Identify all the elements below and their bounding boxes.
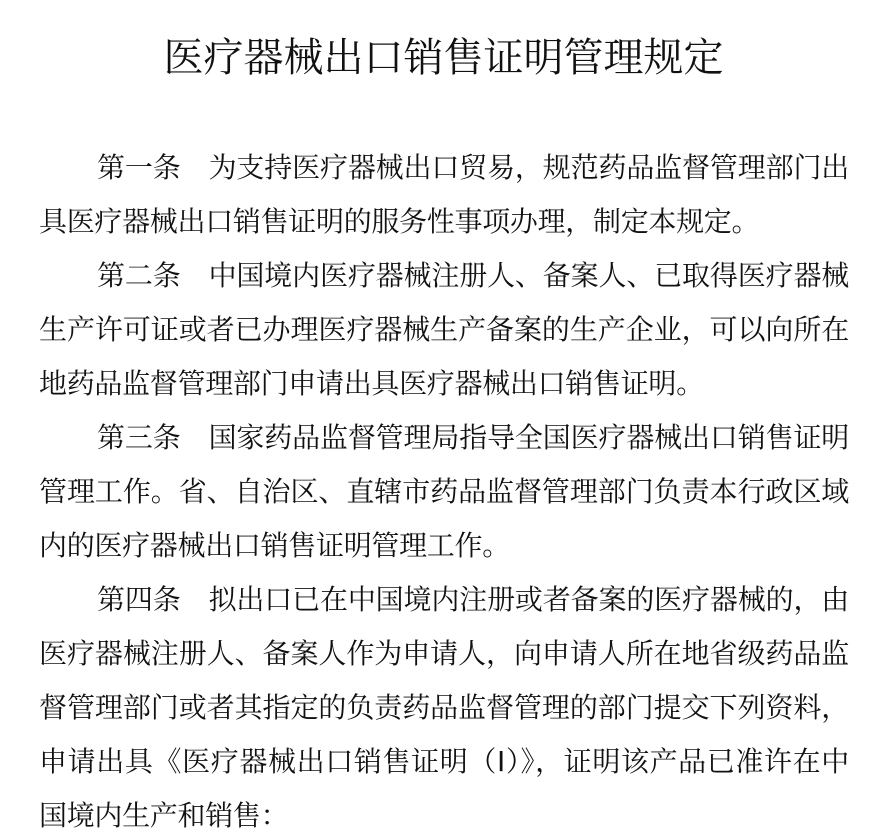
article-1: 第一条为支持医疗器械出口贸易，规范药品监督管理部门出具医疗器械出口销售证明的服务… [39, 141, 849, 249]
document-title: 医疗器械出口销售证明管理规定 [0, 32, 887, 84]
article-text: 拟出口已在中国境内注册或者备案的医疗器械的，由医疗器械注册人、备案人作为申请人，… [39, 583, 849, 832]
article-number: 第三条 [97, 421, 181, 454]
article-3: 第三条国家药品监督管理局指导全国医疗器械出口销售证明管理工作。省、自治区、直辖市… [39, 411, 849, 573]
article-number: 第二条 [97, 259, 181, 292]
article-number: 第四条 [97, 583, 181, 616]
article-number: 第一条 [97, 151, 181, 184]
article-4: 第四条拟出口已在中国境内注册或者备案的医疗器械的，由医疗器械注册人、备案人作为申… [39, 573, 849, 839]
article-2: 第二条中国境内医疗器械注册人、备案人、已取得医疗器械生产许可证或者已办理医疗器械… [39, 249, 849, 411]
document-body: 第一条为支持医疗器械出口贸易，规范药品监督管理部门出具医疗器械出口销售证明的服务… [39, 141, 849, 839]
